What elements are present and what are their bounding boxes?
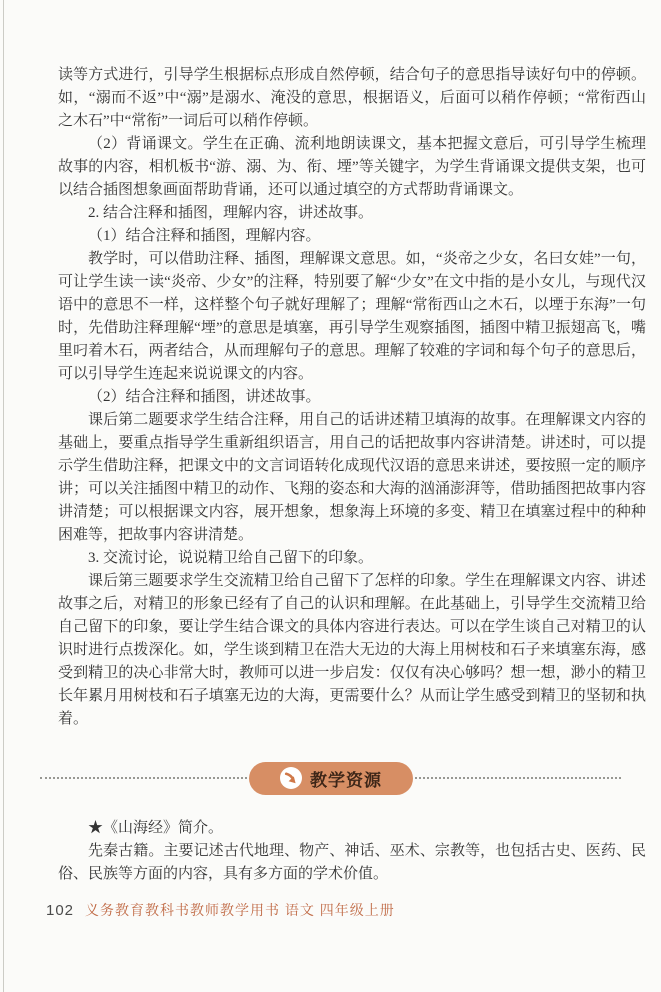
book-page: 读等方式进行，引导学生根据标点形成自然停顿，结合句子的意思指导读好句中的停顿。如…: [0, 0, 661, 992]
paragraph-tell-story: 课后第二题要求学生结合注释，用自己的话讲述精卫填海的故事。在理解课文内容的基础上…: [58, 409, 646, 547]
paragraph-continuation: 读等方式进行，引导学生根据标点形成自然停顿，结合句子的意思指导读好句中的停顿。如…: [58, 64, 646, 133]
dotted-line-left: [40, 777, 247, 779]
resource-body: 先秦古籍。主要记述古代地理、物产、神话、巫术、宗教等，也包括古史、医药、民俗、民…: [58, 840, 646, 886]
paragraph-discussion: 课后第三题要求学生交流精卫给自己留下了怎样的印象。学生在理解课文内容、讲述故事之…: [58, 570, 646, 731]
subheading-2-2: （2）结合注释和插图，讲述故事。: [58, 386, 646, 409]
resource-content: ★《山海经》简介。 先秦古籍。主要记述古代地理、物产、神话、巫术、宗教等，也包括…: [58, 817, 646, 886]
resource-title: ★《山海经》简介。: [58, 817, 646, 840]
book-title: 义务教育教科书教师教学用书 语文 四年级上册: [85, 900, 395, 920]
heading-item-2: 2. 结合注释和插图，理解内容，讲述故事。: [58, 202, 646, 225]
page-edge-line: [3, 0, 4, 992]
page-footer: 102 义务教育教科书教师教学用书 语文 四年级上册: [46, 900, 395, 920]
paragraph-recite-text: （2）背诵课文。学生在正确、流利地朗读课文，基本把握文意后，可引导学生梳理故事的…: [58, 133, 646, 202]
subheading-2-1: （1）结合注释和插图，理解内容。: [58, 225, 646, 248]
paragraph-understand-content: 教学时，可以借助注释、插图，理解课文意思。如，“炎帝之少女，名曰女娃”一句，可让…: [58, 248, 646, 386]
teaching-resources-badge: 教学资源: [249, 762, 413, 795]
dotted-line-right: [415, 777, 622, 779]
teaching-resources-divider: 教学资源: [40, 760, 621, 796]
heading-item-3: 3. 交流讨论，说说精卫给自己留下的印象。: [58, 547, 646, 570]
down-right-arrow-circle-icon: [279, 766, 303, 790]
page-number: 102: [46, 902, 74, 919]
teaching-resources-label: 教学资源: [310, 766, 382, 791]
body-text: 读等方式进行，引导学生根据标点形成自然停顿，结合句子的意思指导读好句中的停顿。如…: [58, 64, 646, 731]
